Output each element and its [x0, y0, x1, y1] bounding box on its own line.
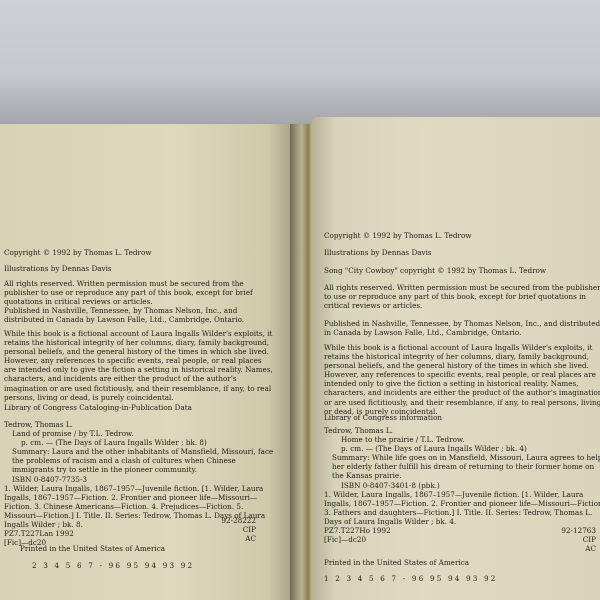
publisher-statement: Published in Nashville, Tennessee, by Th… — [4, 306, 274, 324]
cip-physical: p. cm. — (The Days of Laura Ingalls Wild… — [4, 438, 274, 447]
right-page: Copyright © 1992 by Thomas L. Tedrow Ill… — [312, 117, 600, 600]
ac-label: AC — [324, 544, 596, 553]
rights-statement: All rights reserved. Written permission … — [324, 283, 600, 310]
cip-title: Home to the prairie / T.L. Tedrow. — [324, 435, 600, 444]
cip-lccn: 92-12763 — [324, 526, 596, 535]
ac-label: AC — [4, 534, 256, 543]
cip-label: CIP — [324, 535, 596, 544]
cip-isbn: ISBN 0-8407-3401-8 (pbk.) — [324, 481, 600, 490]
cip-heading: Library of Congress Cataloging-in-Public… — [4, 403, 274, 412]
background-surface — [0, 0, 600, 135]
cip-codes: 92-12763 CIP AC — [324, 526, 596, 553]
song-copyright-line: Song "City Cowboy" copyright © 1992 by T… — [324, 266, 600, 275]
cip-codes: 92-28222 CIP AC — [4, 516, 256, 543]
cip-author: Tedrow, Thomas L. — [324, 426, 600, 435]
cip-isbn: ISBN 0-8407-7735-3 — [4, 475, 274, 484]
copyright-line: Copyright © 1992 by Thomas L. Tedrow — [324, 231, 600, 240]
illustrations-line: Illustrations by Dennas Davis — [324, 248, 600, 257]
cip-summary: Summary: While life goes on in Mansfield… — [324, 453, 600, 480]
fiction-disclaimer: While this book is a fictional account o… — [324, 343, 600, 416]
cip-summary: Summary: Laura and the other inhabitants… — [4, 447, 274, 474]
cip-label: CIP — [4, 525, 256, 534]
publisher-statement: Published in Nashville, Tennessee, by Th… — [324, 319, 600, 337]
print-number-line: 1 2 3 4 5 6 7 - 96 95 94 93 92 — [324, 574, 600, 583]
print-number-line: 2 3 4 5 6 7 - 96 95 94 93 92 — [32, 561, 292, 570]
printed-in-line: Printed in the United States of America — [20, 544, 290, 553]
illustrations-line: Illustrations by Dennas Davis — [4, 264, 274, 273]
cip-title: Land of promise / by T.L. Tedrow. — [4, 429, 274, 438]
cip-author: Tedrow, Thomas L. — [4, 420, 274, 429]
cip-lccn: 92-28222 — [4, 516, 256, 525]
fiction-disclaimer: While this book is a fictional account o… — [4, 329, 274, 402]
printed-in-line: Printed in the United States of America — [324, 558, 600, 567]
cip-physical: p. cm. — (The Days of Laura Ingalls Wild… — [324, 444, 600, 453]
copyright-line: Copyright © 1992 by Thomas L. Tedrow — [4, 248, 274, 257]
cip-heading: Library of Congress information — [324, 413, 600, 422]
rights-statement: All rights reserved. Written permission … — [4, 279, 274, 306]
left-page: Copyright © 1992 by Thomas L. Tedrow Ill… — [0, 124, 292, 600]
cip-subjects: 1. Wilder, Laura Ingalls, 1867–1957—Juve… — [324, 490, 600, 526]
